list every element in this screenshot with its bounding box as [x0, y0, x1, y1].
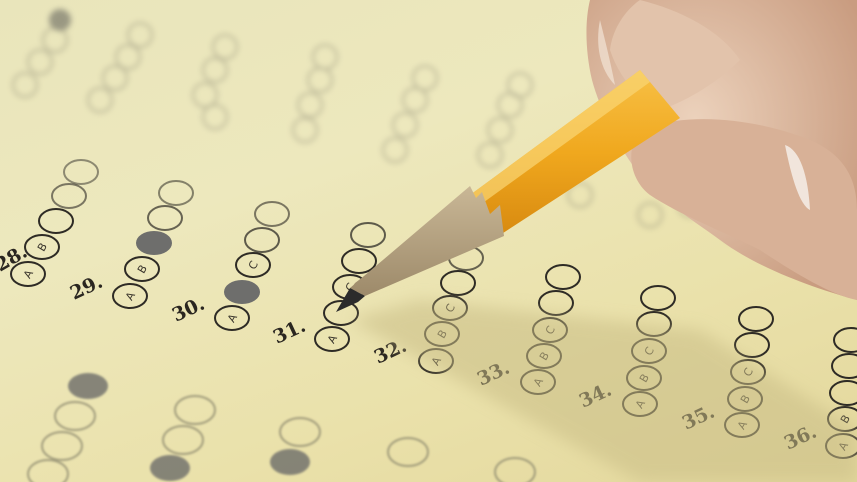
- question-number-30: 30.: [169, 293, 208, 327]
- svg-text:A: A: [21, 267, 36, 280]
- svg-text:A: A: [225, 311, 240, 324]
- svg-text:B: B: [35, 241, 50, 254]
- pencil-wood-tip: [350, 186, 504, 296]
- svg-text:A: A: [123, 289, 138, 302]
- answer-sheet-photo: A B A B A C A C A B C A B C A B C A B C …: [0, 0, 857, 482]
- pencil-shadow: [350, 300, 857, 482]
- filled-bubble-29-c: [136, 231, 172, 255]
- svg-text:A: A: [325, 332, 340, 345]
- question-number-31: 31.: [270, 315, 309, 349]
- question-number-29: 29.: [67, 271, 106, 305]
- svg-text:B: B: [135, 263, 150, 276]
- svg-text:C: C: [246, 258, 261, 271]
- photo-illustration: A B A B A C A C A B C A B C A B C A B C …: [0, 0, 857, 482]
- filled-bubble-30-b: [224, 280, 260, 304]
- bottom-blurred-bubbles: [28, 373, 535, 482]
- pencil: [336, 70, 680, 312]
